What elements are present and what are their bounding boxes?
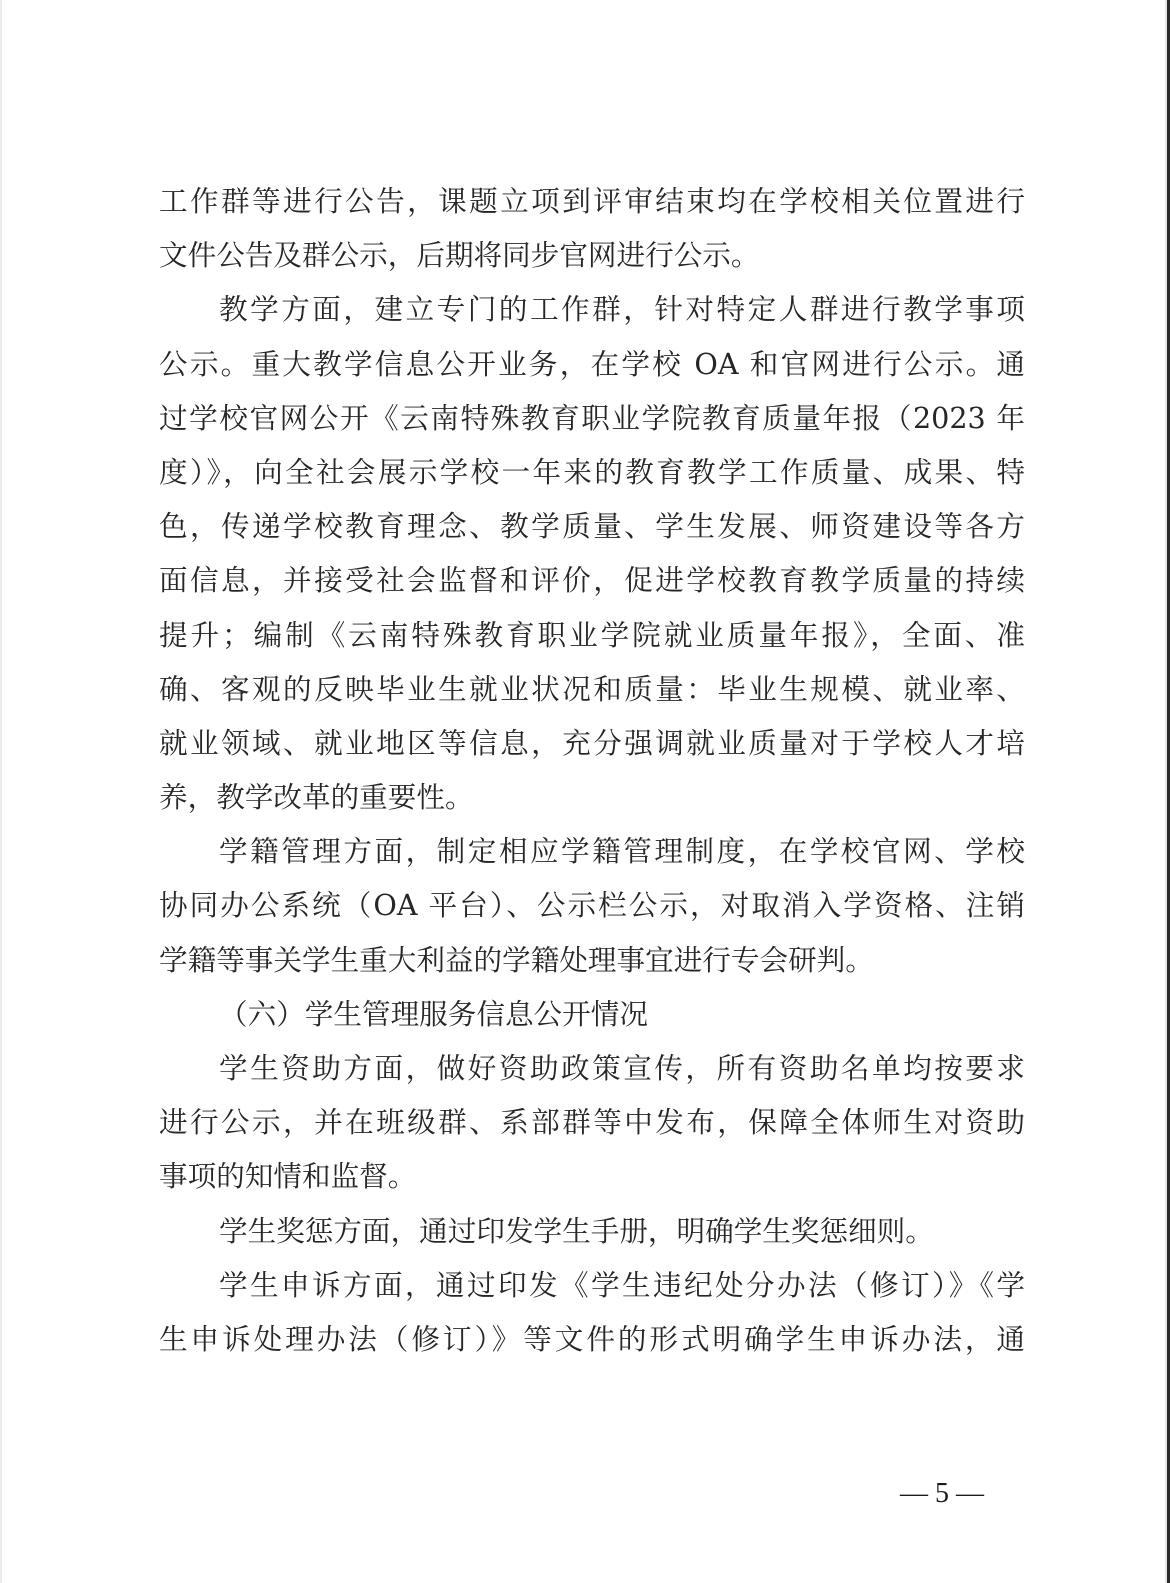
text-line: 进行公示，并在班级群、系部群等中发布，保障全体师生对资助 (159, 1095, 1025, 1149)
paragraph-rewards: 学生奖惩方面，通过印发学生手册，明确学生奖惩细则。 (159, 1204, 1025, 1258)
paragraph-aid-start: 学生资助方面，做好资助政策宣传，所有资助名单均按要求 (159, 1041, 1025, 1095)
text-line: 提升；编制《云南特殊教育职业学院就业质量年报》，全面、准 (159, 608, 1025, 662)
text-line: 色，传递学校教育理念、教学质量、学生发展、师资建设等各方 (159, 499, 1025, 553)
section-heading: （六）学生管理服务信息公开情况 (159, 987, 1025, 1041)
paragraph-teaching-start: 教学方面，建立专门的工作群，针对特定人群进行教学事项 (159, 282, 1025, 336)
text-line: 度）》，向全社会展示学校一年来的教育教学工作质量、成果、特 (159, 445, 1025, 499)
text-line: 养，教学改革的重要性。 (159, 770, 1025, 824)
text-line: 协同办公系统（OA 平台）、公示栏公示，对取消入学资格、注销 (159, 878, 1025, 932)
text-line: 公示。重大教学信息公开业务，在学校 OA 和官网进行公示。通 (159, 337, 1025, 391)
text-line: 面信息，并接受社会监督和评价，促进学校教育教学质量的持续 (159, 553, 1025, 607)
document-page: 工作群等进行公告，课题立项到评审结束均在学校相关位置进行 文件公告及群公示，后期… (0, 0, 1170, 1583)
page-number: — 5 — (892, 1478, 992, 1510)
text-line: 文件公告及群公示，后期将同步官网进行公示。 (159, 228, 1025, 282)
paragraph-appeal-start: 学生申诉方面，通过印发《学生违纪处分办法（修订）》《学 (159, 1258, 1025, 1312)
paragraph-enrollment-start: 学籍管理方面，制定相应学籍管理制度，在学校官网、学校 (159, 824, 1025, 878)
text-line: 学籍等事关学生重大利益的学籍处理事宜进行专会研判。 (159, 933, 1025, 987)
text-line: 确、客观的反映毕业生就业状况和质量：毕业生规模、就业率、 (159, 662, 1025, 716)
document-body: 工作群等进行公告，课题立项到评审结束均在学校相关位置进行 文件公告及群公示，后期… (159, 174, 1025, 1366)
text-line: 过学校官网公开《云南特殊教育职业学院教育质量年报（2023 年 (159, 391, 1025, 445)
text-line: 就业领域、就业地区等信息，充分强调就业质量对于学校人才培 (159, 716, 1025, 770)
text-line: 工作群等进行公告，课题立项到评审结束均在学校相关位置进行 (159, 174, 1025, 228)
text-line: 生申诉处理办法（修订）》等文件的形式明确学生申诉办法，通 (159, 1312, 1025, 1366)
text-line: 事项的知情和监督。 (159, 1149, 1025, 1203)
